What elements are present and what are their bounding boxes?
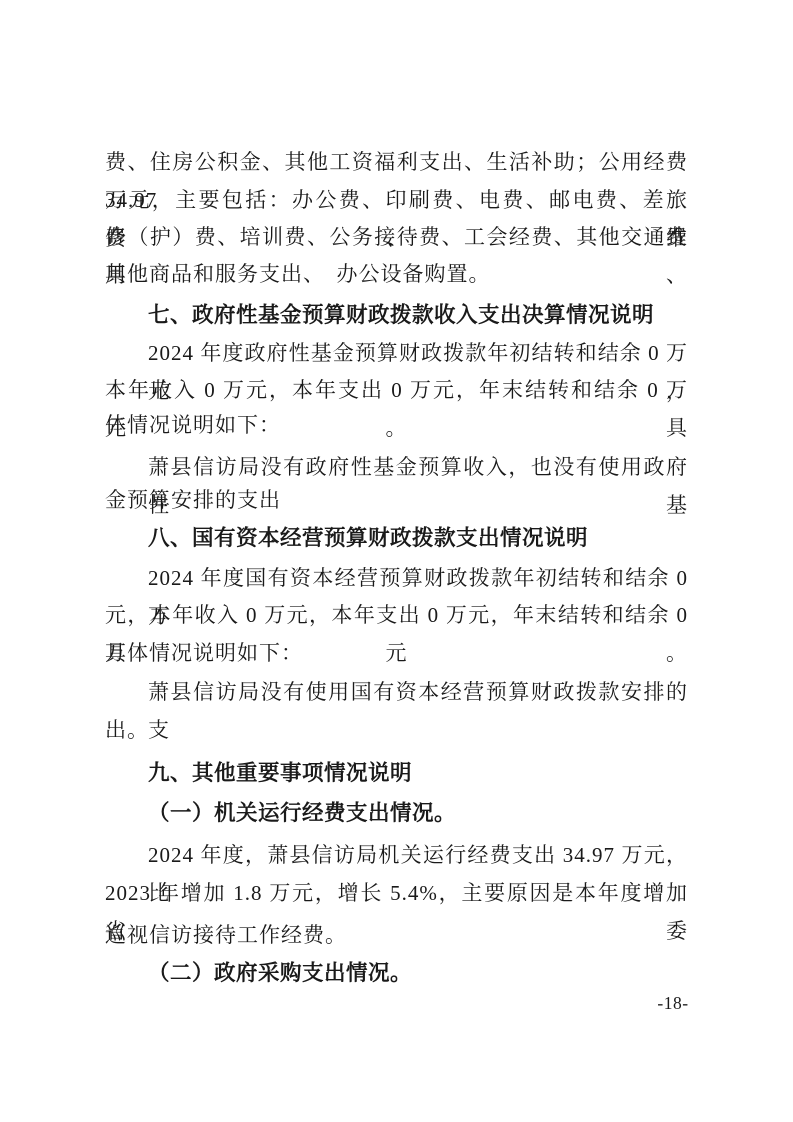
heading-sub-2: （二）政府采购支出情况。: [148, 954, 688, 992]
body-line: 巡视信访接待工作经费。: [105, 916, 688, 954]
body-line: 元，本年收入 0 万元，本年支出 0 万元，年末结转和结余 0 万元。: [105, 596, 688, 634]
body-line: 2024 年度政府性基金预算财政拨款年初结转和结余 0 万元，: [148, 334, 688, 372]
heading-section-8: 八、国有资本经营预算财政拨款支出情况说明: [148, 519, 688, 557]
body-line: 体情况说明如下：: [105, 406, 688, 444]
document-page: 费、住房公积金、其他工资福利支出、生活补助；公用经费 34.97 万元，主要包括…: [0, 0, 793, 1122]
heading-sub-1: （一）机关运行经费支出情况。: [148, 794, 688, 832]
body-line: 萧县信访局没有使用国有资本经营预算财政拨款安排的支: [148, 673, 688, 711]
body-line: 万元，主要包括：办公费、印刷费、电费、邮电费、差旅费、维: [105, 181, 688, 219]
body-line: 具体情况说明如下：: [105, 634, 688, 672]
body-line: 2024 年度国有资本经营预算财政拨款年初结转和结余 0 万: [148, 559, 688, 597]
body-line: 费、住房公积金、其他工资福利支出、生活补助；公用经费 34.97: [105, 143, 688, 181]
page-number: -18-: [623, 993, 723, 1013]
body-line: 其他商品和服务支出、 办公设备购置。: [105, 255, 688, 293]
body-line: 本年收入 0 万元，本年支出 0 万元，年末结转和结余 0 万元。具: [105, 371, 688, 409]
body-line: 金预算安排的支出: [105, 481, 688, 519]
heading-section-9: 九、其他重要事项情况说明: [148, 754, 688, 792]
body-line: 2024 年度，萧县信访局机关运行经费支出 34.97 万元，比: [148, 836, 688, 874]
heading-section-7: 七、政府性基金预算财政拨款收入支出决算情况说明: [148, 296, 688, 334]
body-line: 修（护）费、培训费、公务接待费、工会经费、其他交通费用、: [105, 218, 688, 256]
body-line: 2023 年增加 1.8 万元，增长 5.4%，主要原因是本年度增加省委: [105, 874, 688, 912]
body-line: 出。: [105, 711, 688, 749]
